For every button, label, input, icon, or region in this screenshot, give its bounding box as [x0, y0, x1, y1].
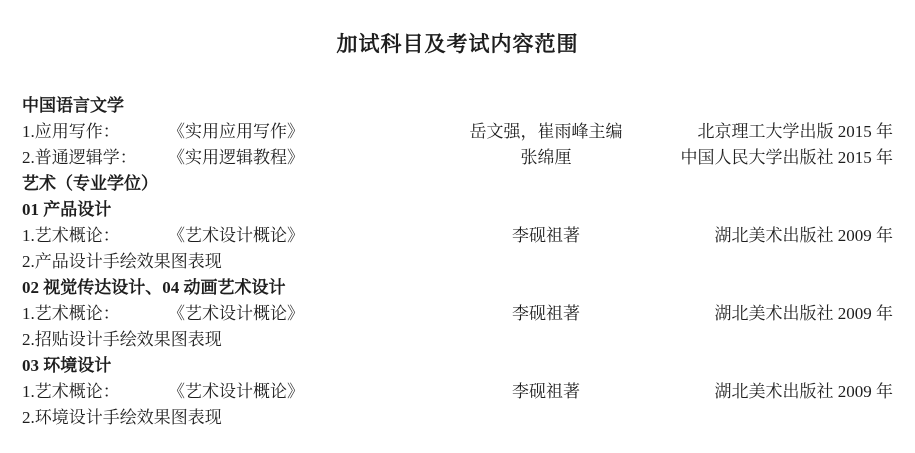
section-art-professional-degree: 艺术（专业学位）: [22, 171, 893, 197]
table-row: 1.艺术概论： 《艺术设计概论》 李砚祖著 湖北美术出版社 2009 年: [22, 223, 893, 249]
subject-cell: 2.招贴设计手绘效果图表现: [22, 327, 168, 353]
publisher-cell: [652, 327, 893, 353]
section-heading: 艺术（专业学位）: [22, 171, 893, 197]
publisher-cell: 湖北美术出版社 2009 年: [652, 301, 893, 327]
table-row: 2.招贴设计手绘效果图表现: [22, 327, 893, 353]
section-visual-communication-animation-design: 02 视觉传达设计、04 动画艺术设计 1.艺术概论： 《艺术设计概论》 李砚祖…: [22, 275, 893, 353]
section-heading: 02 视觉传达设计、04 动画艺术设计: [22, 275, 893, 301]
publisher-cell: 中国人民大学出版社 2015 年: [652, 145, 893, 171]
book-cell: [168, 249, 440, 275]
book-cell: [168, 327, 440, 353]
section-environment-design: 03 环境设计 1.艺术概论： 《艺术设计概论》 李砚祖著 湖北美术出版社 20…: [22, 353, 893, 431]
subject-cell: 2.普通逻辑学：: [22, 145, 168, 171]
table-row: 1.艺术概论： 《艺术设计概论》 李砚祖著 湖北美术出版社 2009 年: [22, 301, 893, 327]
author-cell: [440, 249, 652, 275]
book-cell: 《实用逻辑教程》: [168, 145, 440, 171]
author-cell: [440, 405, 652, 431]
publisher-cell: 北京理工大学出版 2015 年: [652, 119, 893, 145]
publisher-cell: [652, 405, 893, 431]
subject-cell: 2.环境设计手绘效果图表现: [22, 405, 168, 431]
publisher-cell: 湖北美术出版社 2009 年: [652, 379, 893, 405]
section-heading: 03 环境设计: [22, 353, 893, 379]
publisher-cell: 湖北美术出版社 2009 年: [652, 223, 893, 249]
subject-cell: 1.艺术概论：: [22, 223, 168, 249]
section-product-design: 01 产品设计 1.艺术概论： 《艺术设计概论》 李砚祖著 湖北美术出版社 20…: [22, 197, 893, 275]
author-cell: 李砚祖著: [440, 223, 652, 249]
exam-subjects-table: 中国语言文学 1.应用写作： 《实用应用写作》 岳文强，崔雨峰主编 北京理工大学…: [0, 93, 915, 431]
publisher-cell: [652, 249, 893, 275]
author-cell: 张绵厘: [440, 145, 652, 171]
author-cell: 李砚祖著: [440, 379, 652, 405]
subject-cell: 1.艺术概论：: [22, 379, 168, 405]
author-cell: 岳文强，崔雨峰主编: [440, 119, 652, 145]
document-page: 加试科目及考试内容范围 中国语言文学 1.应用写作： 《实用应用写作》 岳文强，…: [0, 0, 915, 453]
section-chinese-language-literature: 中国语言文学 1.应用写作： 《实用应用写作》 岳文强，崔雨峰主编 北京理工大学…: [22, 93, 893, 171]
subject-cell: 1.艺术概论：: [22, 301, 168, 327]
table-row: 1.应用写作： 《实用应用写作》 岳文强，崔雨峰主编 北京理工大学出版 2015…: [22, 119, 893, 145]
section-heading: 01 产品设计: [22, 197, 893, 223]
subject-cell: 2.产品设计手绘效果图表现: [22, 249, 168, 275]
page-title: 加试科目及考试内容范围: [0, 0, 915, 57]
book-cell: 《艺术设计概论》: [168, 301, 440, 327]
subject-cell: 1.应用写作：: [22, 119, 168, 145]
book-cell: 《艺术设计概论》: [168, 379, 440, 405]
table-row: 1.艺术概论： 《艺术设计概论》 李砚祖著 湖北美术出版社 2009 年: [22, 379, 893, 405]
table-row: 2.普通逻辑学： 《实用逻辑教程》 张绵厘 中国人民大学出版社 2015 年: [22, 145, 893, 171]
author-cell: 李砚祖著: [440, 301, 652, 327]
book-cell: [168, 405, 440, 431]
book-cell: 《实用应用写作》: [168, 119, 440, 145]
table-row: 2.产品设计手绘效果图表现: [22, 249, 893, 275]
table-row: 2.环境设计手绘效果图表现: [22, 405, 893, 431]
section-heading: 中国语言文学: [22, 93, 893, 119]
author-cell: [440, 327, 652, 353]
book-cell: 《艺术设计概论》: [168, 223, 440, 249]
